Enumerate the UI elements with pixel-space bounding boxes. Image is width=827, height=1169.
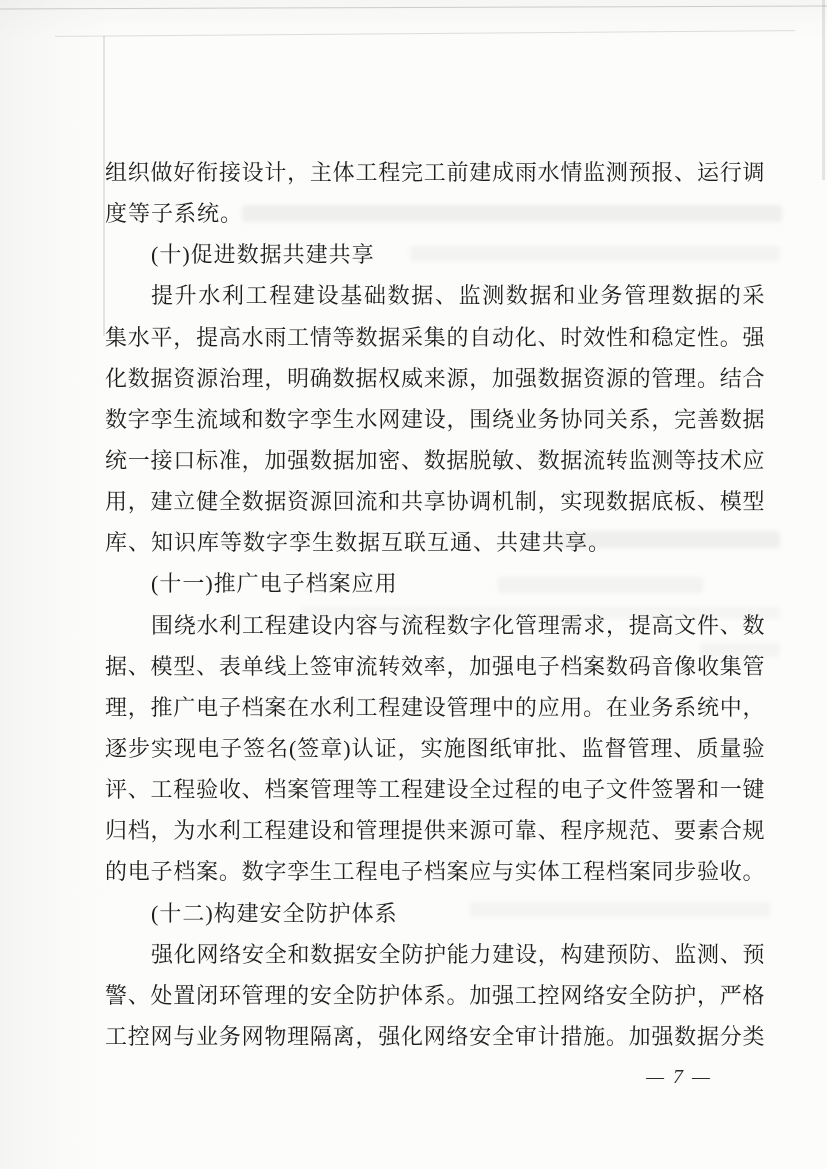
scan-edge-top-2 [55,30,795,37]
text-line: 围绕水利工程建设内容与流程数字化管理需求，提高文件、数 [105,605,765,646]
text-line: 组织做好衔接设计，主体工程完工前建成雨水情监测预报、运行调 [105,152,765,193]
section-heading: (十二)构建安全防护体系 [105,893,765,934]
text-line: 用，建立健全数据资源回流和共享协调机制，实现数据底板、模型 [105,481,765,522]
document-lines: 组织做好衔接设计，主体工程完工前建成雨水情监测预报、运行调度等子系统。(十)促进… [105,152,765,1057]
text-line: 统一接口标准，加强数据加密、数据脱敏、数据流转监测等技术应 [105,440,765,481]
scan-edge-right [822,0,825,180]
text-line: 化数据资源治理，明确数据权威来源，加强数据资源的管理。结合 [105,358,765,399]
text-line: 警、处置闭环管理的安全防护体系。加强工控网络安全防护，严格 [105,975,765,1016]
text-line: 度等子系统。 [105,193,765,234]
scan-edge-top [0,6,827,10]
section-heading: (十一)推广电子档案应用 [105,563,765,604]
text-line: 提升水利工程建设基础数据、监测数据和业务管理数据的采 [105,275,765,316]
text-line: 库、知识库等数字孪生数据互联互通、共建共享。 [105,522,765,563]
document-page: 组织做好衔接设计，主体工程完工前建成雨水情监测预报、运行调度等子系统。(十)促进… [0,0,827,1169]
text-line: 理，推广电子档案在水利工程建设管理中的应用。在业务系统中， [105,687,765,728]
text-line: 逐步实现电子签名(签章)认证，实施图纸审批、监督管理、质量验 [105,728,765,769]
text-line: 评、工程验收、档案管理等工程建设全过程的电子文件签署和一键 [105,769,765,810]
text-line: 的电子档案。数字孪生工程电子档案应与实体工程档案同步验收。 [105,851,765,892]
text-line: 数字孪生流域和数字孪生水网建设，围绕业务协同关系，完善数据 [105,399,765,440]
text-line: 据、模型、表单线上签审流转效率，加强电子档案数码音像收集管 [105,646,765,687]
scanned-document: { "page": { "page_number": "7", "page_nu… [0,0,827,1169]
section-heading: (十)促进数据共建共享 [105,234,765,275]
text-line: 归档，为水利工程建设和管理提供来源可靠、程序规范、要素合规 [105,810,765,851]
text-line: 工控网与业务网物理隔离，强化网络安全审计措施。加强数据分类 [105,1016,765,1057]
text-line: 集水平，提高水雨工情等数据采集的自动化、时效性和稳定性。强 [105,317,765,358]
page-number: — 7 — [636,1062,722,1092]
text-line: 强化网络安全和数据安全防护能力建设，构建预防、监测、预 [105,934,765,975]
